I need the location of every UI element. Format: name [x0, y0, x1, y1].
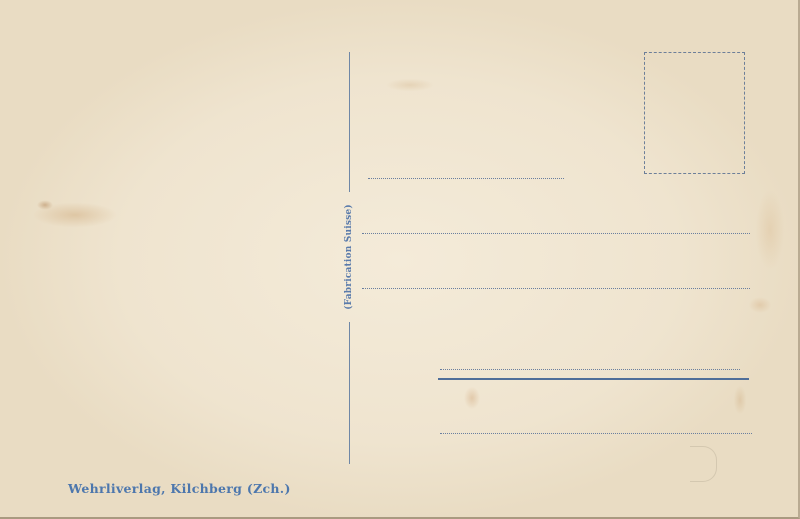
center-divider-bottom: [349, 322, 350, 464]
publisher-imprint: Wehrliverlag, Kilchberg (Zch.): [68, 481, 291, 496]
address-underline-solid: [438, 378, 749, 380]
address-line-5: [440, 433, 752, 434]
stamp-box: [644, 52, 745, 174]
address-line-3: [362, 288, 750, 289]
address-line-1: [368, 178, 564, 179]
pencil-mark: [690, 446, 717, 482]
address-line-4: [440, 369, 740, 370]
fabrication-label: (Fabrication Suisse): [344, 204, 354, 310]
address-line-2: [362, 233, 750, 234]
postcard-back: (Fabrication Suisse) Wehrliverlag, Kilch…: [0, 0, 800, 519]
center-divider-top: [349, 52, 350, 192]
